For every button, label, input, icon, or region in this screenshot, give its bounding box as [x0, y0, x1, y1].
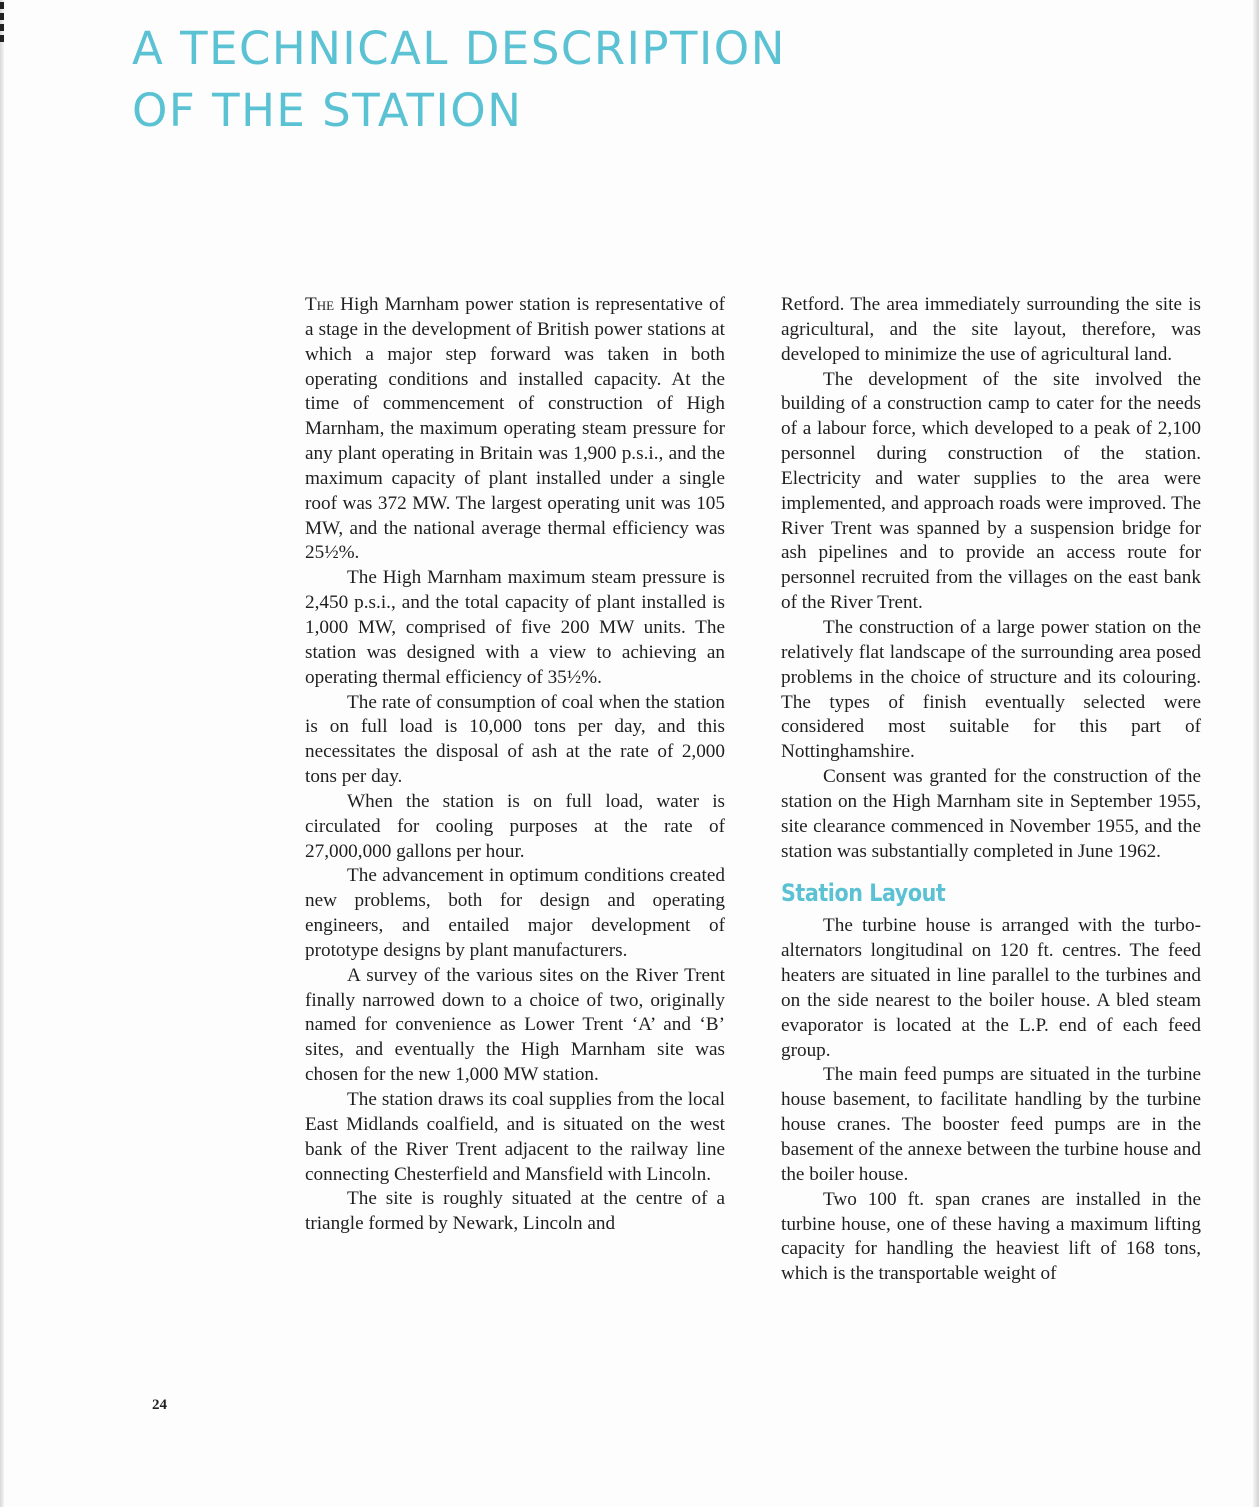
section-heading: Station Layout — [781, 878, 1142, 908]
lead-word: The — [305, 294, 334, 315]
paragraph: The site is roughly situated at the cent… — [305, 1187, 725, 1237]
page-number: 24 — [152, 1397, 167, 1414]
paragraph: When the station is on full load, water … — [305, 790, 725, 865]
binding-marks — [0, 2, 4, 44]
left-text-column: The High Marnham power station is repres… — [305, 293, 725, 1237]
paragraph: Retford. The area immediately surroundin… — [781, 293, 1201, 368]
paragraph: Two 100 ft. span cranes are installed in… — [781, 1188, 1201, 1287]
paragraph: Consent was granted for the construction… — [781, 765, 1201, 864]
page-title: A TECHNICAL DESCRIPTION OF THE STATION — [132, 18, 786, 142]
page-left-edge — [0, 0, 4, 1507]
paragraph: The station draws its coal supplies from… — [305, 1088, 725, 1187]
paragraph: The rate of consumption of coal when the… — [305, 691, 725, 790]
paragraph: The advancement in optimum conditions cr… — [305, 864, 725, 963]
paragraph: The construction of a large power statio… — [781, 616, 1201, 765]
page-title-line-1: A TECHNICAL DESCRIPTION — [132, 18, 786, 80]
paragraph: The High Marnham power station is repres… — [305, 293, 725, 566]
page-title-line-2: OF THE STATION — [132, 80, 786, 142]
right-text-column: Retford. The area immediately surroundin… — [781, 293, 1201, 1287]
paragraph: The development of the site involved the… — [781, 368, 1201, 616]
paragraph: The High Marnham maximum steam pressure … — [305, 566, 725, 690]
paragraph: The turbine house is arranged with the t… — [781, 914, 1201, 1063]
page-right-edge — [1253, 0, 1259, 1507]
paragraph: The main feed pumps are situated in the … — [781, 1063, 1201, 1187]
paragraph: A survey of the various sites on the Riv… — [305, 964, 725, 1088]
